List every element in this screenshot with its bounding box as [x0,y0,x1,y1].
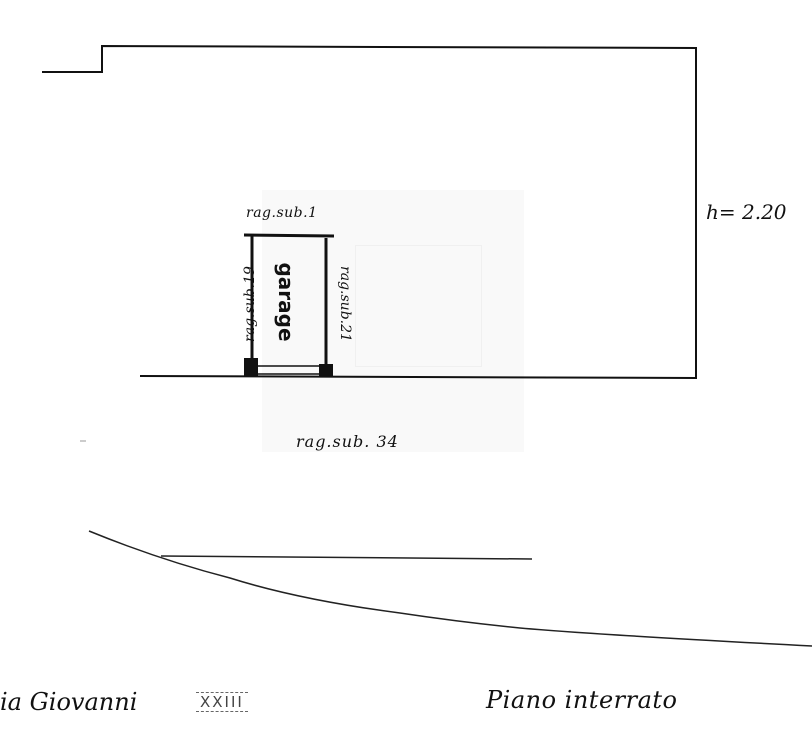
adjacent-unit-north-label: rag.sub.1 [246,205,317,221]
garage-north-wall [244,235,334,236]
street-number-label: XXIII [196,692,248,712]
street-name-label: ia Giovanni [0,688,137,716]
unit-name-label: garage [274,252,298,352]
ceiling-height-label: h= 2.20 [706,200,787,224]
floor-plan-canvas: rag.sub.1 rag.sub.19 rag.sub.21 garage r… [0,0,812,736]
floor-name-label: Piano interrato [486,686,678,714]
road-lines [89,531,812,646]
garage-east-pillar [319,364,333,377]
building-outline [42,46,696,378]
adjacent-unit-west-label: rag.sub.19 [242,244,258,364]
road-straight-line [161,556,532,559]
plan-linework [0,0,812,736]
adjacent-unit-south-label: rag.sub. 34 [296,432,399,451]
adjacent-unit-east-label: rag.sub.21 [337,244,353,364]
road-curve-line [89,531,812,646]
outer-wall-line [42,46,696,378]
